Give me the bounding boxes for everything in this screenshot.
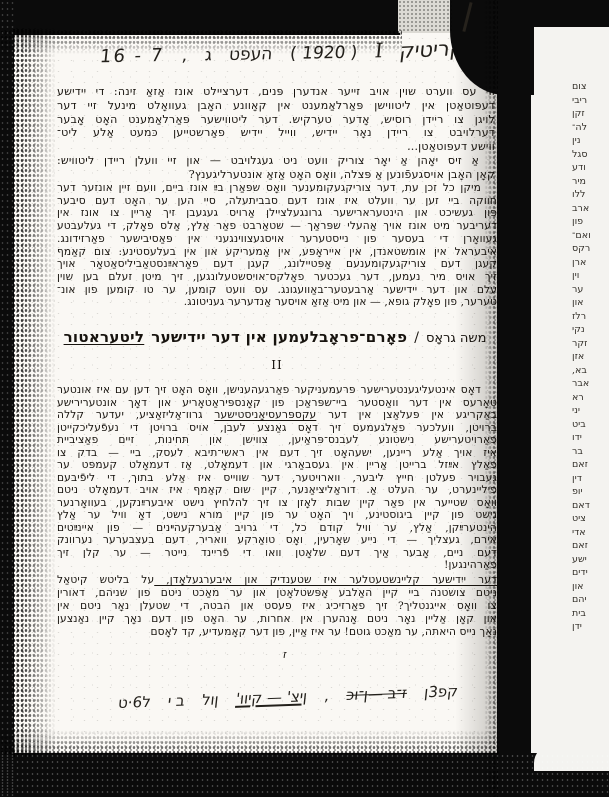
- scan-noise-gutter: [484, 0, 498, 797]
- scan-border-top-gap-noise: [398, 0, 452, 33]
- facing-page-fragment: זקן: [572, 107, 606, 121]
- facing-page-fragment: לה־: [572, 121, 606, 135]
- facing-page-fragment: ביט: [572, 418, 606, 432]
- facing-page-fragment: ריבי: [572, 94, 606, 108]
- heading-separator: /: [414, 330, 419, 346]
- facing-page-fragment: זאם: [572, 458, 606, 472]
- facing-page-fragment: אדי: [572, 526, 606, 540]
- facing-page-fragment: ידים: [572, 566, 606, 580]
- handwriting-token: ז־ב —ן־וכ: [346, 684, 408, 704]
- facing-page-fragment: ודע: [572, 161, 606, 175]
- facing-page-fragment: ידו: [572, 431, 606, 445]
- handwriting-token: ןול: [201, 690, 220, 709]
- facing-page-fragment: מיר: [572, 175, 606, 189]
- facing-page-fragment: ארב: [572, 202, 606, 216]
- section-number: II: [57, 358, 497, 372]
- facing-page-fragment: זאם: [572, 539, 606, 553]
- facing-page-fragment: נין: [572, 134, 606, 148]
- facing-page-fragment: רקס: [572, 242, 606, 256]
- article-author: משה גראָס: [426, 331, 487, 346]
- facing-page-fragment: ארן: [572, 256, 606, 270]
- facing-page-fragment: יני: [572, 404, 606, 418]
- facing-page-fragment: אבר: [572, 377, 606, 391]
- facing-page-fragment: ואם־: [572, 229, 606, 243]
- facing-page-fragment: נקי: [572, 323, 606, 337]
- facing-page-fragment: בא,: [572, 364, 606, 378]
- facing-page-fragment: און: [572, 296, 606, 310]
- article-title-underlined: ליטעראטור: [64, 328, 145, 346]
- facing-page-fragment: ציט: [572, 512, 606, 526]
- facing-page-fragment: רא: [572, 391, 606, 405]
- facing-page-fragment: צום: [572, 80, 606, 94]
- scan-border-corner: [531, 0, 609, 27]
- facing-page-fragment: ללו: [572, 188, 606, 202]
- facing-page-fragment: דין: [572, 472, 606, 486]
- handwriting-token: קפ3ן: [423, 682, 459, 701]
- article-title: פאָרם־פראָבלעמען אין דער יידישער: [151, 328, 407, 346]
- facing-page-fragment: רלז: [572, 310, 606, 324]
- facing-page-fragment: און: [572, 580, 606, 594]
- facing-page-fragment: וין: [572, 269, 606, 283]
- facing-page-fragment: ידן: [572, 620, 606, 634]
- handwriting-token: ןיצ' — קיוו': [235, 687, 308, 708]
- facing-page-fragment: אזן: [572, 350, 606, 364]
- facing-page-fragment: סגל: [572, 148, 606, 162]
- facing-page-text-fragments: צוםריביזקןלה־ניןסגלודעמירללוארבפוןואם־רק…: [572, 80, 606, 634]
- facing-page-fragment: פון: [572, 215, 606, 229]
- article-heading: משה גראָס / פאָרם־פראָבלעמען אין דער ייד…: [50, 328, 500, 346]
- facing-page-fragment: זקר: [572, 337, 606, 351]
- scan-band-texture-left: [0, 0, 14, 797]
- scan-noise-top: [0, 30, 402, 54]
- facing-page-fragment: ער: [572, 283, 606, 297]
- handwriting-token: ,: [323, 687, 330, 705]
- scanned-page: { "scan_colors": {"ink": "#17130e", "pag…: [0, 0, 609, 797]
- facing-page-fragment: דאם: [572, 499, 606, 513]
- facing-page-fragment: ישע: [572, 553, 606, 567]
- facing-page-fragment: בר: [572, 445, 606, 459]
- scan-band-texture-bottom: [0, 753, 609, 797]
- handwriting-token: ל6·ט: [117, 693, 151, 712]
- scan-noise-left: [12, 28, 56, 758]
- facing-page-fragment: יופ: [572, 485, 606, 499]
- facing-page-fragment: בית: [572, 607, 606, 621]
- handwriting-token: ב י: [167, 692, 186, 711]
- book-gutter-band: [497, 0, 531, 797]
- facing-page-fragment: יהם: [572, 593, 606, 607]
